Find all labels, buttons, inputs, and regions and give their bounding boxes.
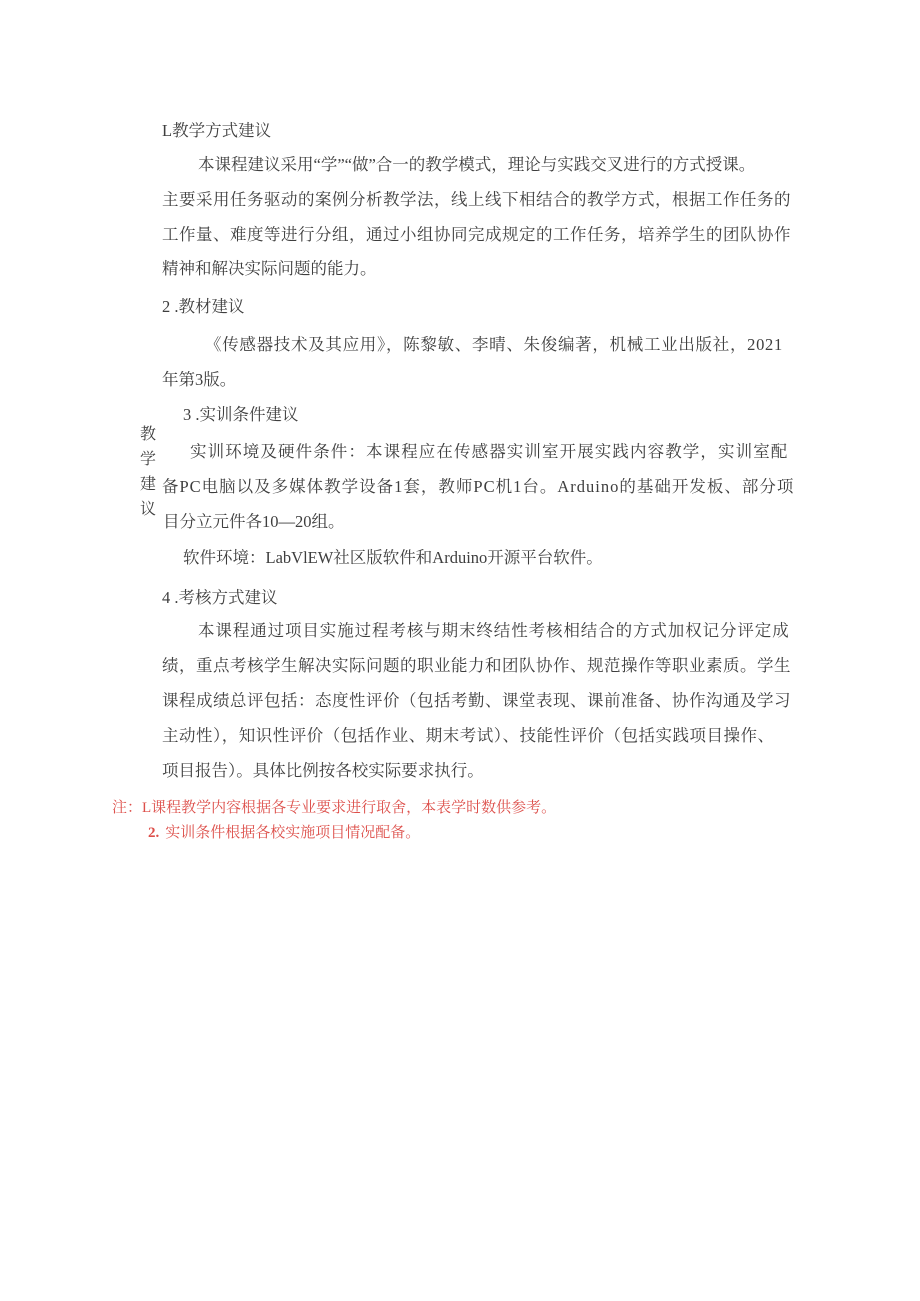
section2-paragraph-line: 年第3版。 [162,371,236,390]
section1-paragraph-line: 主要采用任务驱动的案例分析教学法，线上线下相结合的教学方式，根据工作任务的 [162,191,791,210]
document-page: 教 学 建 议 L教学方式建议 本课程建议采用“学”“做”合一的教学模式，理论与… [0,0,920,1301]
section3-paragraph-line: 备PC电脑以及多媒体教学设备1套，教师PC机1台。Arduino的基础开发板、部… [162,478,794,497]
section3-paragraph-line: 软件环境：LabVlEW社区版软件和Arduino开源平台软件。 [183,549,603,568]
section2-paragraph-line: 《传感器技术及其应用》，陈黎敏、李晴、朱俊编著，机械工业出版社，2021 [205,336,783,355]
section4-paragraph-line: 项目报告）。具体比例按各校实际要求执行。 [162,762,484,781]
footnote-2-number: 2. [148,825,159,841]
vertical-label-char: 学 [140,452,156,468]
section3-paragraph-line: 实训环境及硬件条件：本课程应在传感器实训室开展实践内容教学，实训室配 [190,443,788,462]
footnote-line-2: 2.实训条件根据各校实施项目情况配备。 [148,825,420,842]
section1-paragraph-line: 工作量、难度等进行分组，通过小组协同完成规定的工作任务，培养学生的团队协作 [162,226,791,245]
section3-paragraph-line: 目分立元件各10—20组。 [163,513,345,532]
section4-paragraph-line: 绩，重点考核学生解决实际问题的职业能力和团队协作、规范操作等职业素质。学生 [162,657,791,676]
section1-paragraph-line: 精神和解决实际问题的能力。 [162,260,377,279]
vertical-label-char: 教 [140,427,156,443]
section4-paragraph-line: 主动性），知识性评价（包括作业、期末考试）、技能性评价（包括实践项目操作、 [162,727,775,746]
section4-paragraph-line: 课程成绩总评包括：态度性评价（包括考勤、课堂表现、课前准备、协作沟通及学习 [162,692,791,711]
section4-paragraph-line: 本课程通过项目实施过程考核与期末终结性考核相结合的方式加权记分评定成 [198,622,790,641]
footnote-line-1: 注：L课程教学内容根据各专业要求进行取舍，本表学时数供参考。 [112,800,556,817]
vertical-label-char: 建 [140,477,156,493]
section1-heading: L教学方式建议 [162,122,271,141]
vertical-label-char: 议 [140,502,156,518]
footnote-2-text: 实训条件根据各校实施项目情况配备。 [165,825,420,841]
section2-heading: 2 .教材建议 [162,298,245,317]
section3-heading: 3 .实训条件建议 [183,406,299,425]
section1-paragraph-line: 本课程建议采用“学”“做”合一的教学模式，理论与实践交叉进行的方式授课。 [198,156,755,175]
section4-heading: 4 .考核方式建议 [162,589,278,608]
table-row-header-vertical-label: 教 学 建 议 [140,427,156,518]
